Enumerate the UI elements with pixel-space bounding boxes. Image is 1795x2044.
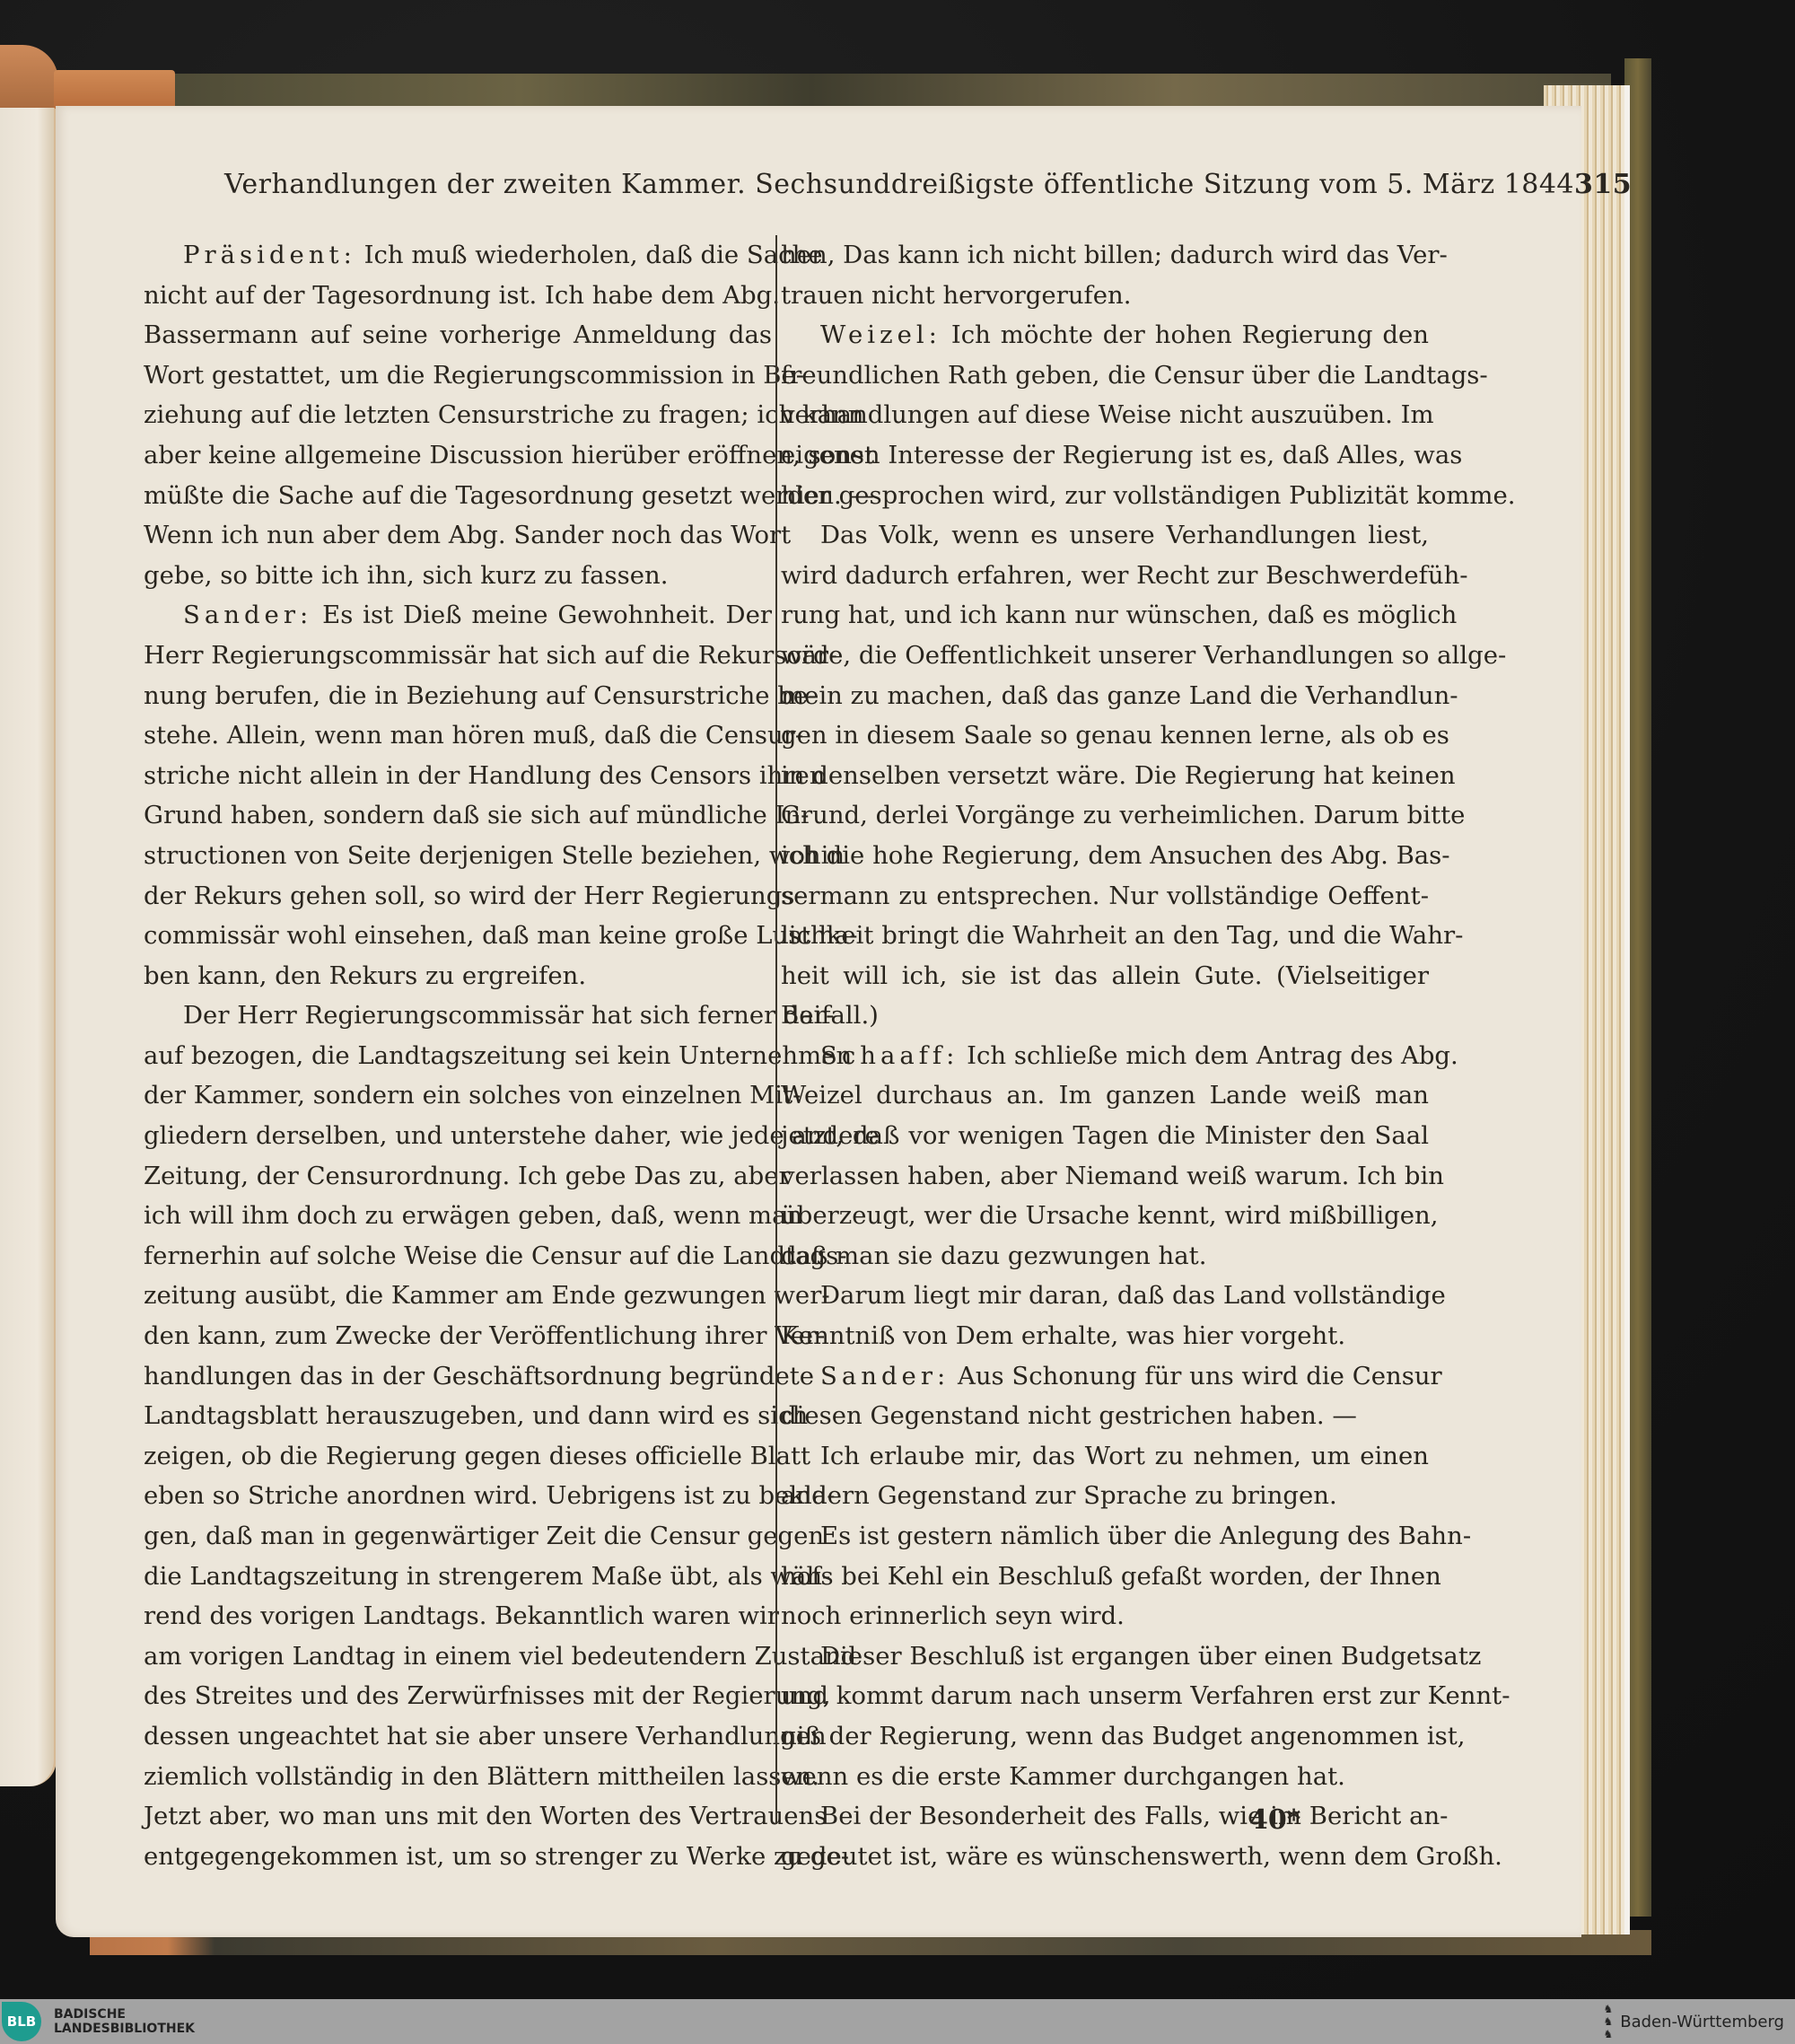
speaker-name: Weizel: — [820, 320, 941, 349]
text-line: ich die hohe Regierung, dem Ansuchen des… — [781, 836, 1429, 876]
text-line: wäre, die Oeffentlichkeit unserer Verhan… — [781, 636, 1429, 676]
text-line: hier gesprochen wird, zur vollständigen … — [781, 476, 1429, 516]
text-line: hen, Das kann ich nicht billen; dadurch … — [781, 235, 1429, 276]
text-line: commissär wohl einsehen, daß man keine g… — [144, 916, 772, 956]
signature-mark: 40* — [1249, 1804, 1300, 1836]
blb-branding[interactable]: BLB BADISCHE LANDESBIBLIOTHEK — [0, 1999, 195, 2044]
text-line: eben so Striche anordnen wird. Uebrigens… — [144, 1476, 772, 1516]
text-line: eigenen Interesse der Regierung ist es, … — [781, 435, 1429, 476]
text-line: ben kann, den Rekurs zu ergreifen. — [144, 956, 772, 996]
text-line: Ich erlaube mir, das Wort zu nehmen, um … — [781, 1436, 1429, 1477]
text-line: überzeugt, wer die Ursache kennt, wird m… — [781, 1196, 1429, 1236]
blb-name-line2: LANDESBIBLIOTHEK — [54, 2022, 195, 2036]
text-line: gen in diesem Saale so genau kennen lern… — [781, 715, 1429, 756]
text-line: Zeitung, der Censurordnung. Ich gebe Das… — [144, 1156, 772, 1197]
text-line: des Streites und des Zerwürfnisses mit d… — [144, 1676, 772, 1716]
column-divider — [775, 235, 777, 1824]
text-line: Jetzt aber, wo man uns mit den Worten de… — [144, 1796, 772, 1837]
text-line: auf bezogen, die Landtagszeitung sei kei… — [144, 1036, 772, 1076]
text-line: Wenn ich nun aber dem Abg. Sander noch d… — [144, 515, 772, 556]
text-line: den kann, zum Zwecke der Veröffentlichun… — [144, 1316, 772, 1356]
speaker-name: Schaaff: — [820, 1041, 959, 1070]
blb-name-line1: BADISCHE — [54, 2007, 195, 2022]
text-line: Schaaff: Ich schließe mich dem Antrag de… — [781, 1036, 1429, 1076]
text-line: nicht auf der Tagesordnung ist. Ich habe… — [144, 276, 772, 316]
text-line: trauen nicht hervorgerufen. — [781, 276, 1429, 316]
text-line: Der Herr Regierungscommissär hat sich fe… — [144, 996, 772, 1036]
text-line: handlungen das in der Geschäftsordnung b… — [144, 1356, 772, 1397]
baden-wuerttemberg-branding[interactable]: ♞♞♞ Baden-Württemberg — [1603, 2003, 1784, 2040]
text-line: der Kammer, sondern ein solches von einz… — [144, 1075, 772, 1116]
text-line: stehe. Allein, wenn man hören muß, daß d… — [144, 715, 772, 756]
text-line: Präsident: Ich muß wiederholen, daß die … — [144, 235, 772, 276]
text-line: andern Gegenstand zur Sprache zu bringen… — [781, 1476, 1429, 1516]
text-line: heit will ich, sie ist das allein Gute. … — [781, 956, 1429, 996]
text-line: zeitung ausübt, die Kammer am Ende gezwu… — [144, 1276, 772, 1316]
text-line: mein zu machen, daß das ganze Land die V… — [781, 676, 1429, 716]
text-line: wird dadurch erfahren, wer Recht zur Bes… — [781, 556, 1429, 596]
footer-bar: BLB BADISCHE LANDESBIBLIOTHEK ♞♞♞ Baden-… — [0, 1999, 1795, 2044]
text-line: die Landtagszeitung in strengerem Maße ü… — [144, 1557, 772, 1597]
text-line: der Rekurs gehen soll, so wird der Herr … — [144, 876, 772, 917]
text-line: rung hat, und ich kann nur wünschen, daß… — [781, 595, 1429, 636]
text-line: sermann zu entsprechen. Nur vollständige… — [781, 876, 1429, 917]
text-line: fernerhin auf solche Weise die Censur au… — [144, 1236, 772, 1276]
text-line: und kommt darum nach unserm Verfahren er… — [781, 1676, 1429, 1716]
text-line: dessen ungeachtet hat sie aber unsere Ve… — [144, 1716, 772, 1757]
three-lions-icon: ♞♞♞ — [1603, 2003, 1613, 2040]
text-line: diesen Gegenstand nicht gestrichen haben… — [781, 1396, 1429, 1436]
text-line: Das Volk, wenn es unsere Verhandlungen l… — [781, 515, 1429, 556]
text-line: Bassermann auf seine vorherige Anmeldung… — [144, 315, 772, 355]
previous-page-edge — [0, 108, 57, 1786]
text-line: ich will ihm doch zu erwägen geben, daß,… — [144, 1196, 772, 1236]
text-line: gen, daß man in gegenwärtiger Zeit die C… — [144, 1516, 772, 1557]
text-line: ziehung auf die letzten Censurstriche zu… — [144, 395, 772, 435]
text-line: gedeutet ist, wäre es wünschenswerth, we… — [781, 1837, 1429, 1877]
page-number: 315 — [1574, 169, 1632, 200]
text-line: daß man sie dazu gezwungen hat. — [781, 1236, 1429, 1276]
text-column-left: Präsident: Ich muß wiederholen, daß die … — [144, 235, 772, 1876]
text-line: Bei der Besonderheit des Falls, wie im B… — [781, 1796, 1429, 1837]
book-cover-top-edge — [157, 74, 1611, 109]
leather-corner-top — [54, 70, 175, 110]
text-line: Dieser Beschluß ist ergangen über einen … — [781, 1636, 1429, 1677]
text-line: Weizel durchaus an. Im ganzen Lande weiß… — [781, 1075, 1429, 1116]
blb-name: BADISCHE LANDESBIBLIOTHEK — [54, 2007, 195, 2036]
text-line: striche nicht allein in der Handlung des… — [144, 756, 772, 796]
text-line: noch erinnerlich seyn wird. — [781, 1596, 1429, 1636]
text-line: Wort gestattet, um die Regierungscommiss… — [144, 355, 772, 396]
text-line: freundlichen Rath geben, die Censur über… — [781, 355, 1429, 396]
running-head: Verhandlungen der zweiten Kammer. Sechsu… — [224, 169, 1409, 205]
text-line: Kenntniß von Dem erhalte, was hier vorge… — [781, 1316, 1429, 1356]
text-line: niß der Regierung, wenn das Budget angen… — [781, 1716, 1429, 1757]
running-head-title: Verhandlungen der zweiten Kammer. Sechsu… — [224, 169, 1574, 200]
text-line: nung berufen, die in Beziehung auf Censu… — [144, 676, 772, 716]
text-line: jetzt, daß vor wenigen Tagen die Ministe… — [781, 1116, 1429, 1156]
text-line: gliedern derselben, und unterstehe daher… — [144, 1116, 772, 1156]
text-line: verhandlungen auf diese Weise nicht ausz… — [781, 395, 1429, 435]
text-line: Sander: Es ist Dieß meine Gewohnheit. De… — [144, 595, 772, 636]
blb-logo-icon: BLB — [2, 2002, 41, 2041]
text-line: aber keine allgemeine Discussion hierübe… — [144, 435, 772, 476]
text-line: verlassen haben, aber Niemand weiß warum… — [781, 1156, 1429, 1197]
text-column-right: hen, Das kann ich nicht billen; dadurch … — [781, 235, 1429, 1876]
speaker-name: Sander: — [820, 1362, 950, 1390]
text-line: ziemlich vollständig in den Blättern mit… — [144, 1757, 772, 1797]
text-line: Herr Regierungscommissär hat sich auf di… — [144, 636, 772, 676]
text-line: Grund haben, sondern daß sie sich auf mü… — [144, 795, 772, 836]
text-line: structionen von Seite derjenigen Stelle … — [144, 836, 772, 876]
text-line: Es ist gestern nämlich über die Anlegung… — [781, 1516, 1429, 1557]
speaker-name: Präsident: — [183, 241, 356, 269]
text-line: Darum liegt mir daran, daß das Land voll… — [781, 1276, 1429, 1316]
text-line: entgegengekommen ist, um so strenger zu … — [144, 1837, 772, 1877]
text-line: Grund, derlei Vorgänge zu verheimlichen.… — [781, 795, 1429, 836]
text-line: Beifall.) — [781, 996, 1429, 1036]
text-line: in denselben versetzt wäre. Die Regierun… — [781, 756, 1429, 796]
text-line: Sander: Aus Schonung für uns wird die Ce… — [781, 1356, 1429, 1397]
text-line: Weizel: Ich möchte der hohen Regierung d… — [781, 315, 1429, 355]
text-line: müßte die Sache auf die Tagesordnung ges… — [144, 476, 772, 516]
text-line: am vorigen Landtag in einem viel bedeute… — [144, 1636, 772, 1677]
text-line: hofs bei Kehl ein Beschluß gefaßt worden… — [781, 1557, 1429, 1597]
text-line: wenn es die erste Kammer durchgangen hat… — [781, 1757, 1429, 1797]
text-line: zeigen, ob die Regierung gegen dieses of… — [144, 1436, 772, 1477]
text-line: lichkeit bringt die Wahrheit an den Tag,… — [781, 916, 1429, 956]
text-line: rend des vorigen Landtags. Bekanntlich w… — [144, 1596, 772, 1636]
text-line: Landtagsblatt herauszugeben, und dann wi… — [144, 1396, 772, 1436]
speaker-name: Sander: — [183, 601, 312, 629]
text-line: gebe, so bitte ich ihn, sich kurz zu fas… — [144, 556, 772, 596]
baden-wuerttemberg-label: Baden-Württemberg — [1620, 2013, 1784, 2031]
